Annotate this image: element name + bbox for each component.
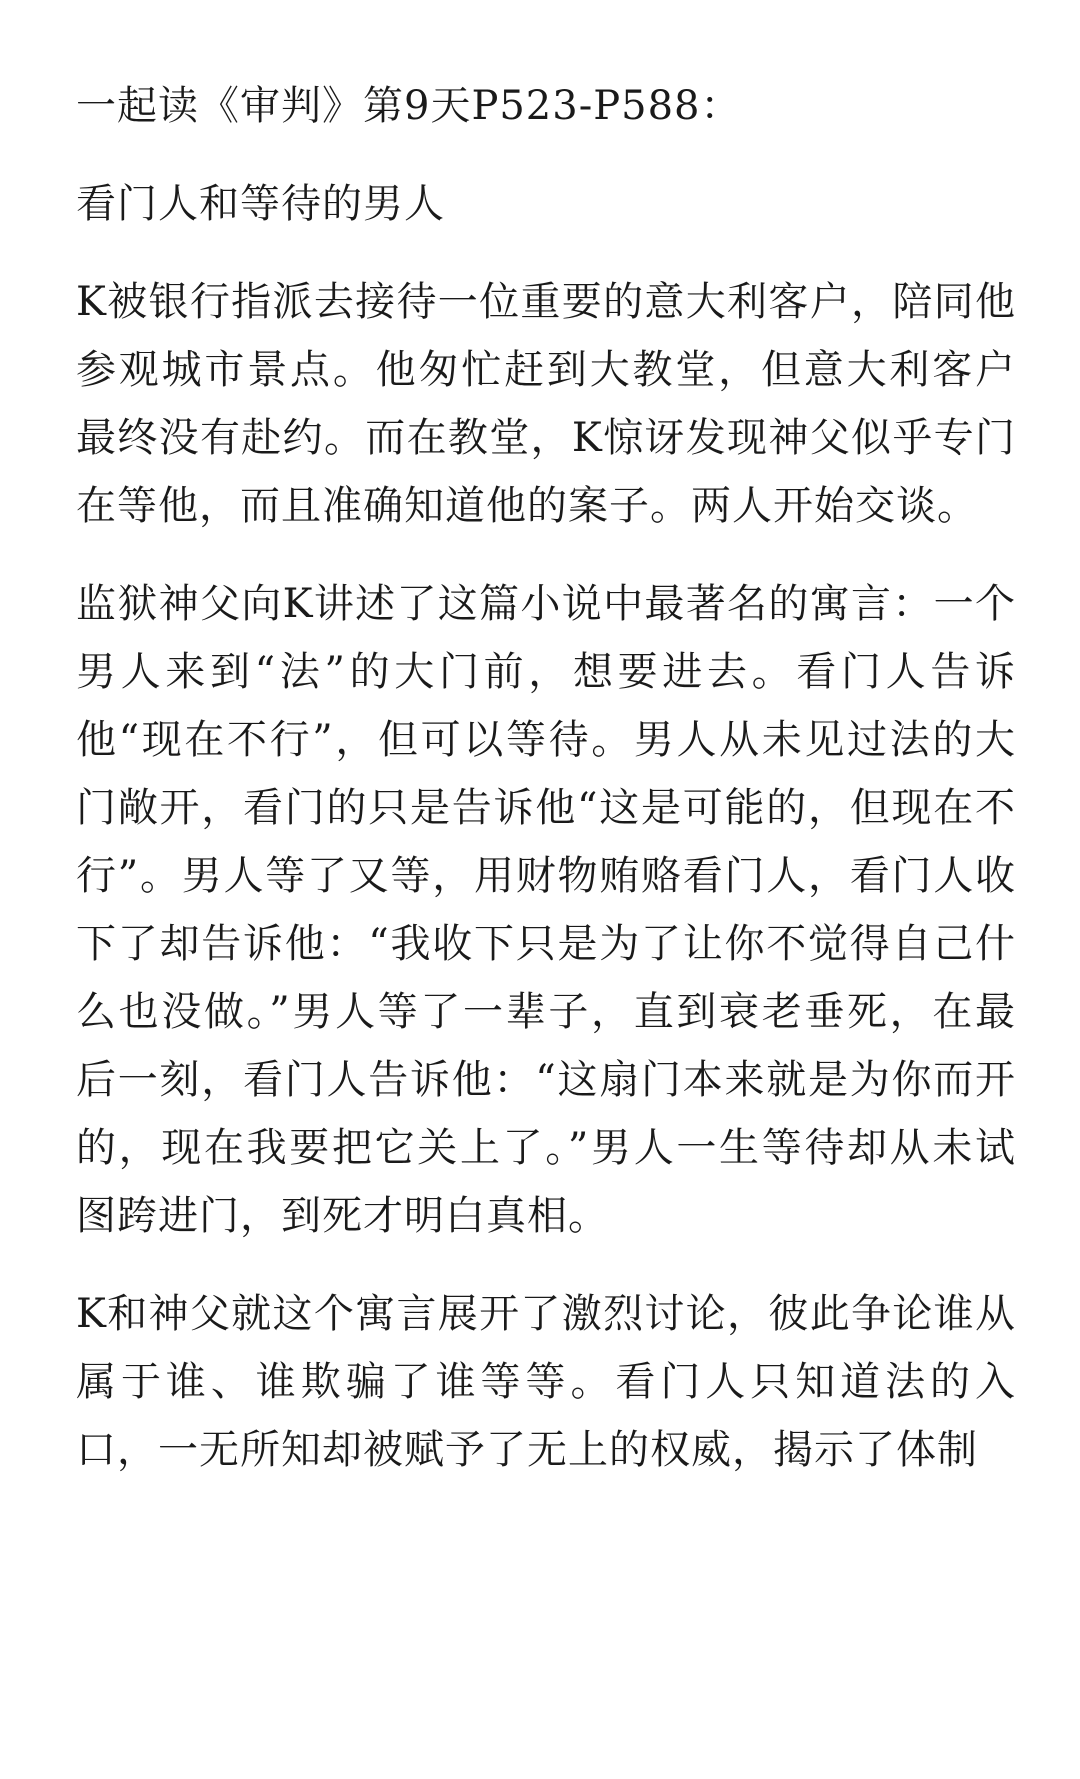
paragraph: K被银行指派去接待一位重要的意大利客户，陪同他参观城市景点。他匆忙赶到大教堂，但… (76, 268, 1016, 540)
paragraph: 监狱神父向K讲述了这篇小说中最著名的寓言：一个男人来到“法”的大门前，想要进去。… (76, 570, 1016, 1250)
paragraph: K和神父就这个寓言展开了激烈讨论，彼此争论谁从属于谁、谁欺骗了谁等等。看门人只知… (76, 1280, 1016, 1484)
article-subtitle: 看门人和等待的男人 (76, 170, 1016, 238)
article-title: 一起读《审判》第9天P523-P588： (76, 72, 1016, 140)
article: 一起读《审判》第9天P523-P588： 看门人和等待的男人 K被银行指派去接待… (76, 72, 1016, 1514)
